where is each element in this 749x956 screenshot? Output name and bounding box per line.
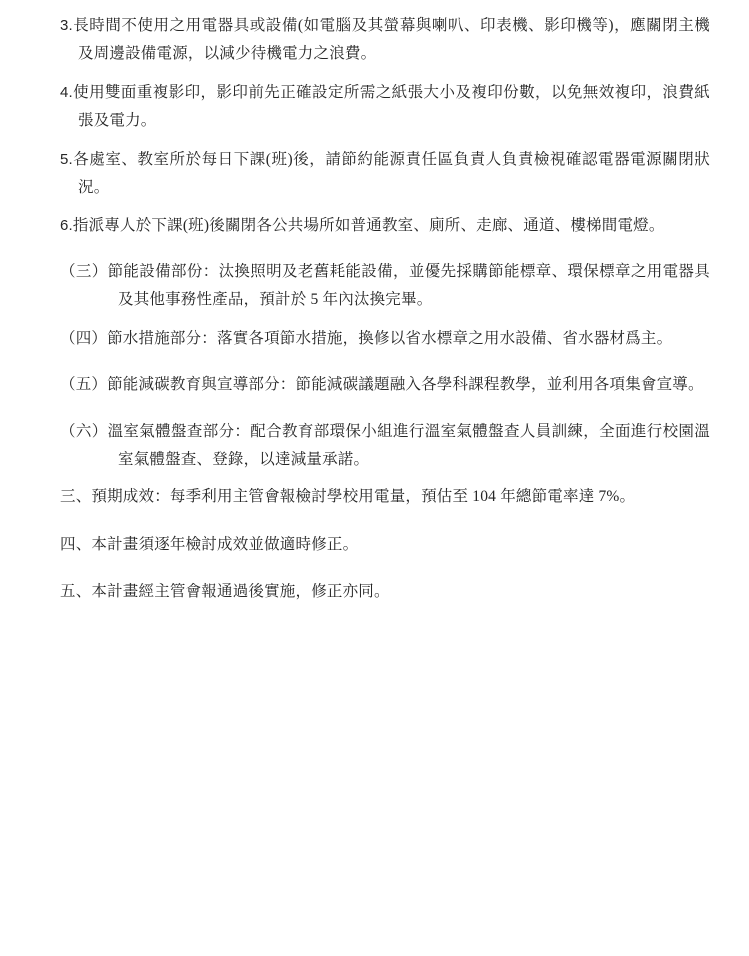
item-text: 節能設備部份：汰換照明及老舊耗能設備，並優先採購節能標章、環保標章之用電器具 — [108, 263, 710, 280]
sub-item-6: （六）溫室氣體盤查部分：配合教育部環保小組進行溫室氣體盤查人員訓練，全面進行校園… — [60, 418, 710, 474]
item-marker: 6. — [60, 217, 73, 234]
sub-item-3: （三）節能設備部份：汰換照明及老舊耗能設備，並優先採購節能標章、環保標章之用電器… — [60, 258, 710, 314]
item-text: 節能減碳教育與宣導部分：節能減碳議題融入各學科課程教學，並利用各項集會宣導。 — [107, 376, 704, 393]
document-body: 3.長時間不使用之用電器具或設備(如電腦及其螢幕與喇叭、印表機、影印機等)，應關… — [60, 12, 710, 606]
item-text: 本計畫經主管會報通過後實施，修正亦同。 — [91, 583, 389, 600]
item-text: 指派專人於下課(班)後關閉各公共場所如普通教室、廁所、走廊、通道、樓梯間電燈。 — [73, 217, 665, 234]
item-marker: （六） — [60, 423, 108, 440]
item-line: （四）節水措施部分：落實各項節水措施，換修以省水標章之用水設備、省水器材爲主。 — [60, 325, 710, 353]
item-marker: 4. — [60, 84, 73, 101]
item-line: 4.使用雙面重複影印，影印前先正確設定所需之紙張大小及複印份數，以免無效複印，浪… — [60, 79, 710, 107]
item-text: 預期成效：每季利用主管會報檢討學校用電量，預估至 104 年總節電率達 7%。 — [91, 488, 635, 505]
item-marker: （四） — [60, 330, 107, 347]
list-item-5: 5.各處室、教室所於每日下課(班)後，請節約能源責任區負責人負責檢視確認電器電源… — [60, 146, 710, 202]
item-line: 五、本計畫經主管會報通過後實施，修正亦同。 — [60, 578, 710, 606]
item-marker: 五、 — [60, 583, 91, 600]
item-line: （五）節能減碳教育與宣導部分：節能減碳議題融入各學科課程教學，並利用各項集會宣導… — [60, 371, 710, 399]
item-line: 5.各處室、教室所於每日下課(班)後，請節約能源責任區負責人負責檢視確認電器電源… — [60, 146, 710, 174]
item-text: 溫室氣體盤查部分：配合教育部環保小組進行溫室氣體盤查人員訓練，全面進行校園溫 — [108, 423, 710, 440]
item-line: 三、預期成效：每季利用主管會報檢討學校用電量，預估至 104 年總節電率達 7%… — [60, 483, 710, 511]
sub-item-5: （五）節能減碳教育與宣導部分：節能減碳議題融入各學科課程教學，並利用各項集會宣導… — [60, 371, 710, 399]
list-item-3: 3.長時間不使用之用電器具或設備(如電腦及其螢幕與喇叭、印表機、影印機等)，應關… — [60, 12, 710, 68]
item-text: 長時間不使用之用電器具或設備(如電腦及其螢幕與喇叭、印表機、影印機等)，應關閉主… — [73, 17, 710, 34]
item-line: 及周邊設備電源，以減少待機電力之浪費。 — [78, 40, 710, 68]
section-item-4: 四、本計畫須逐年檢討成效並做適時修正。 — [60, 531, 710, 559]
section-item-3: 三、預期成效：每季利用主管會報檢討學校用電量，預估至 104 年總節電率達 7%… — [60, 483, 710, 511]
item-text: 使用雙面重複影印，影印前先正確設定所需之紙張大小及複印份數，以免無效複印，浪費紙 — [73, 84, 710, 101]
item-line: 室氣體盤查、登錄，以達減量承諾。 — [118, 446, 710, 474]
item-line: 6.指派專人於下課(班)後關閉各公共場所如普通教室、廁所、走廊、通道、樓梯間電燈… — [60, 212, 710, 240]
list-item-4: 4.使用雙面重複影印，影印前先正確設定所需之紙張大小及複印份數，以免無效複印，浪… — [60, 79, 710, 135]
item-marker: （三） — [60, 263, 108, 280]
item-text: 各處室、教室所於每日下課(班)後，請節約能源責任區負責人負責檢視確認電器電源關閉… — [73, 151, 710, 168]
item-line: （六）溫室氣體盤查部分：配合教育部環保小組進行溫室氣體盤查人員訓練，全面進行校園… — [60, 418, 710, 446]
item-line: 況。 — [78, 174, 710, 202]
item-text: 本計畫須逐年檢討成效並做適時修正。 — [91, 536, 358, 553]
item-text: 節水措施部分：落實各項節水措施，換修以省水標章之用水設備、省水器材爲主。 — [107, 330, 672, 347]
item-marker: 3. — [60, 17, 73, 34]
item-marker: 三、 — [60, 488, 91, 505]
item-line: 張及電力。 — [78, 107, 710, 135]
item-line: 3.長時間不使用之用電器具或設備(如電腦及其螢幕與喇叭、印表機、影印機等)，應關… — [60, 12, 710, 40]
document-page: 3.長時間不使用之用電器具或設備(如電腦及其螢幕與喇叭、印表機、影印機等)，應關… — [0, 0, 749, 956]
item-marker: 5. — [60, 151, 73, 168]
item-marker: （五） — [60, 376, 107, 393]
item-line: 及其他事務性產品，預計於 5 年內汰換完畢。 — [118, 286, 710, 314]
item-line: 四、本計畫須逐年檢討成效並做適時修正。 — [60, 531, 710, 559]
list-item-6: 6.指派專人於下課(班)後關閉各公共場所如普通教室、廁所、走廊、通道、樓梯間電燈… — [60, 212, 710, 240]
item-line: （三）節能設備部份：汰換照明及老舊耗能設備，並優先採購節能標章、環保標章之用電器… — [60, 258, 710, 286]
section-item-5: 五、本計畫經主管會報通過後實施，修正亦同。 — [60, 578, 710, 606]
item-marker: 四、 — [60, 536, 91, 553]
sub-item-4: （四）節水措施部分：落實各項節水措施，換修以省水標章之用水設備、省水器材爲主。 — [60, 325, 710, 353]
